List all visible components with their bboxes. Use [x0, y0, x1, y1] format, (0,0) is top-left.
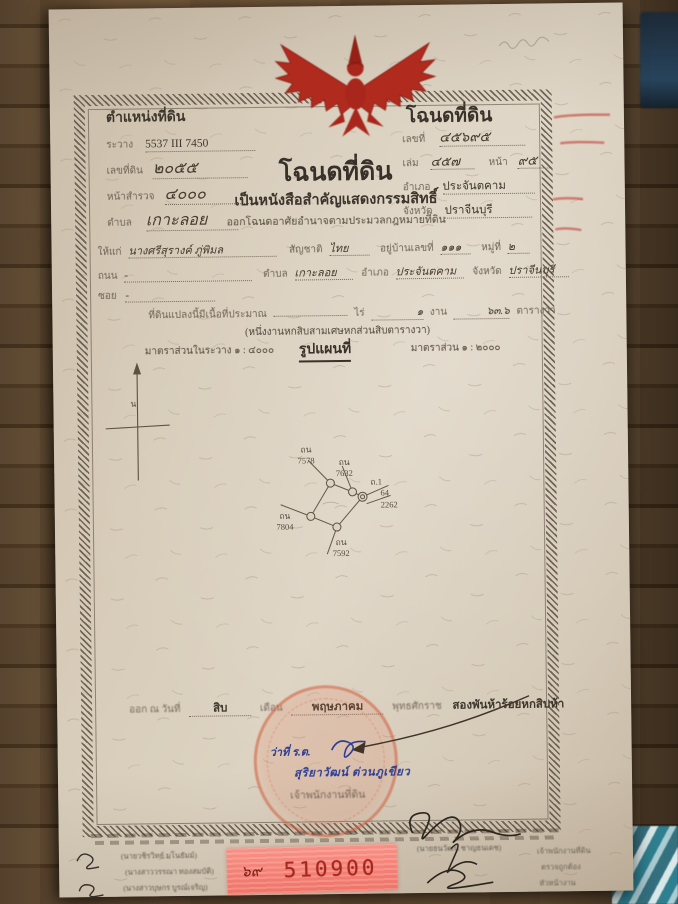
parcel-label-64: 64 — [380, 487, 389, 497]
issue-prefix: ออก ณ วันที่ — [129, 704, 181, 716]
to-label: ให้แก่ — [98, 247, 122, 258]
role-line-2: ตรวจถูกต้อง — [541, 861, 581, 873]
north-label: น — [130, 398, 136, 408]
stamp-number: 510900 — [283, 855, 378, 882]
land-title-deed-document: ตำแหน่งที่ดิน ระวาง 5537 III 7450 เลขที่… — [49, 3, 634, 898]
road-label: ถนน — [98, 271, 118, 282]
province-value: ปราจีนบุรี — [508, 264, 568, 278]
title-block-name: โฉนดที่ดิน — [406, 100, 493, 131]
stamp-prefix-numerals: ๖๙ — [241, 859, 262, 884]
survey-markers — [306, 479, 367, 532]
parcel-label-7592-a: ถน — [336, 537, 347, 547]
soi-value: - — [125, 289, 215, 303]
deed-subtitle-1: เป็นหนังสือสำคัญแสดงกรรมสิทธิ์ — [171, 186, 501, 213]
position-block-title: ตำแหน่งที่ดิน — [106, 106, 186, 129]
parcel-label-road: ถ.1 — [370, 477, 382, 487]
officer-name-stamp: สุริยาวัฒน์ ต่วนภูเขียว — [294, 763, 411, 782]
clerk-name-3: (นางสาวบุษกร บูรณ์เจริญ) — [123, 882, 207, 895]
parcel-label-7592-b: 7592 — [333, 548, 350, 558]
page-label: หน้า — [489, 157, 508, 168]
amphoe-value: ประจันตคาม — [395, 265, 463, 279]
nationality-value: ไทย — [329, 243, 369, 257]
survey-page-label: หน้าสำรวจ — [107, 191, 155, 203]
red-stamp-marks — [550, 107, 626, 268]
address-label: อยู่บ้านเลขที่ — [380, 243, 434, 255]
area-prefix: ที่ดินแปลงนี้มีเนื้อที่ประมาณ — [148, 309, 267, 321]
address-value: ๑๑๑ — [440, 241, 470, 254]
clerk-name-1: (นายวชิรวิทย์ มโนธัมม์) — [121, 850, 197, 863]
tambon-top-label: ตำบล — [107, 218, 132, 229]
north-compass — [105, 362, 170, 481]
moo-value: ๒ — [508, 241, 530, 254]
issue-day: สิบ — [189, 702, 251, 716]
registrar-printed-name: (นายธนวัฒน์ ชาญธนเดช) — [417, 842, 501, 855]
parcel-label-7804-a: ถน — [279, 511, 290, 521]
owner-name: นางศรีสุรางค์ ภู่พิมล — [128, 244, 276, 259]
tambon-label: ตำบล — [263, 269, 288, 280]
field-deed-no: เลขที่ ๔๕๖๙๕ — [402, 128, 525, 148]
moo-label: หมู่ที่ — [481, 242, 501, 253]
pencil-note-scribble — [495, 31, 555, 56]
page-value: ๙๕ — [518, 153, 552, 169]
dark-object-top-right — [640, 12, 678, 108]
clerk-name-2: (นางสาววรรณา ทองสมบัติ) — [125, 866, 214, 879]
parcel-label-7578-a: ถน — [300, 444, 311, 454]
photo-scene: ตำแหน่งที่ดิน ระวาง 5537 III 7450 เลขที่… — [0, 0, 678, 904]
clerk-initials-scribbles — [69, 847, 120, 904]
wa-label: ตารางวา — [516, 305, 555, 316]
parcel-label-7632-a: ถน — [339, 457, 350, 467]
parcel-label-7632-b: 7632 — [336, 468, 353, 478]
parcel-label-7578-b: 7578 — [298, 455, 315, 465]
map-scribble — [323, 502, 339, 504]
amphoe-label: อำเภอ — [361, 267, 389, 278]
field-rawang: ระวาง 5537 III 7450 — [106, 133, 255, 153]
officer-title: เจ้าพนักงานที่ดิน — [290, 786, 365, 804]
parcel-label-7804-b: 7804 — [276, 522, 294, 532]
rawang-label: ระวาง — [106, 140, 133, 151]
deed-no-label: เลขที่ — [402, 134, 425, 145]
registry-number-stamp: ๖๙ 510900 — [226, 844, 397, 895]
area-ngan-value: ๑ — [371, 307, 423, 320]
road-value: - — [124, 268, 252, 283]
area-rai-value — [274, 315, 348, 317]
parcel-label-2262: 2262 — [381, 499, 398, 509]
rai-label: ไร่ — [354, 308, 365, 319]
province-label: จังหวัด — [472, 266, 502, 277]
officer-signature-scribble — [325, 734, 371, 761]
ngan-label: งาน — [430, 307, 447, 318]
rawang-value: 5537 III 7450 — [145, 137, 255, 152]
parcel-no-label: เลขที่ดิน — [107, 165, 143, 176]
nationality-label: สัญชาติ — [289, 244, 323, 255]
tambon-value: เกาะลอย — [294, 267, 352, 281]
acting-rank-handwriting: ว่าที่ ร.ต. — [270, 742, 311, 760]
deed-no-value: ๔๕๖๙๕ — [439, 130, 525, 147]
role-line-3: หัวหน้างาน — [539, 877, 576, 889]
cadastral-map: น — [73, 344, 536, 600]
role-line-1: เจ้าพนักงานที่ดิน — [537, 845, 591, 858]
soi-label: ซอย — [98, 291, 117, 302]
soi-line: ซอย - — [98, 288, 216, 304]
area-wa-value: ๖๓.๖ — [454, 306, 510, 319]
